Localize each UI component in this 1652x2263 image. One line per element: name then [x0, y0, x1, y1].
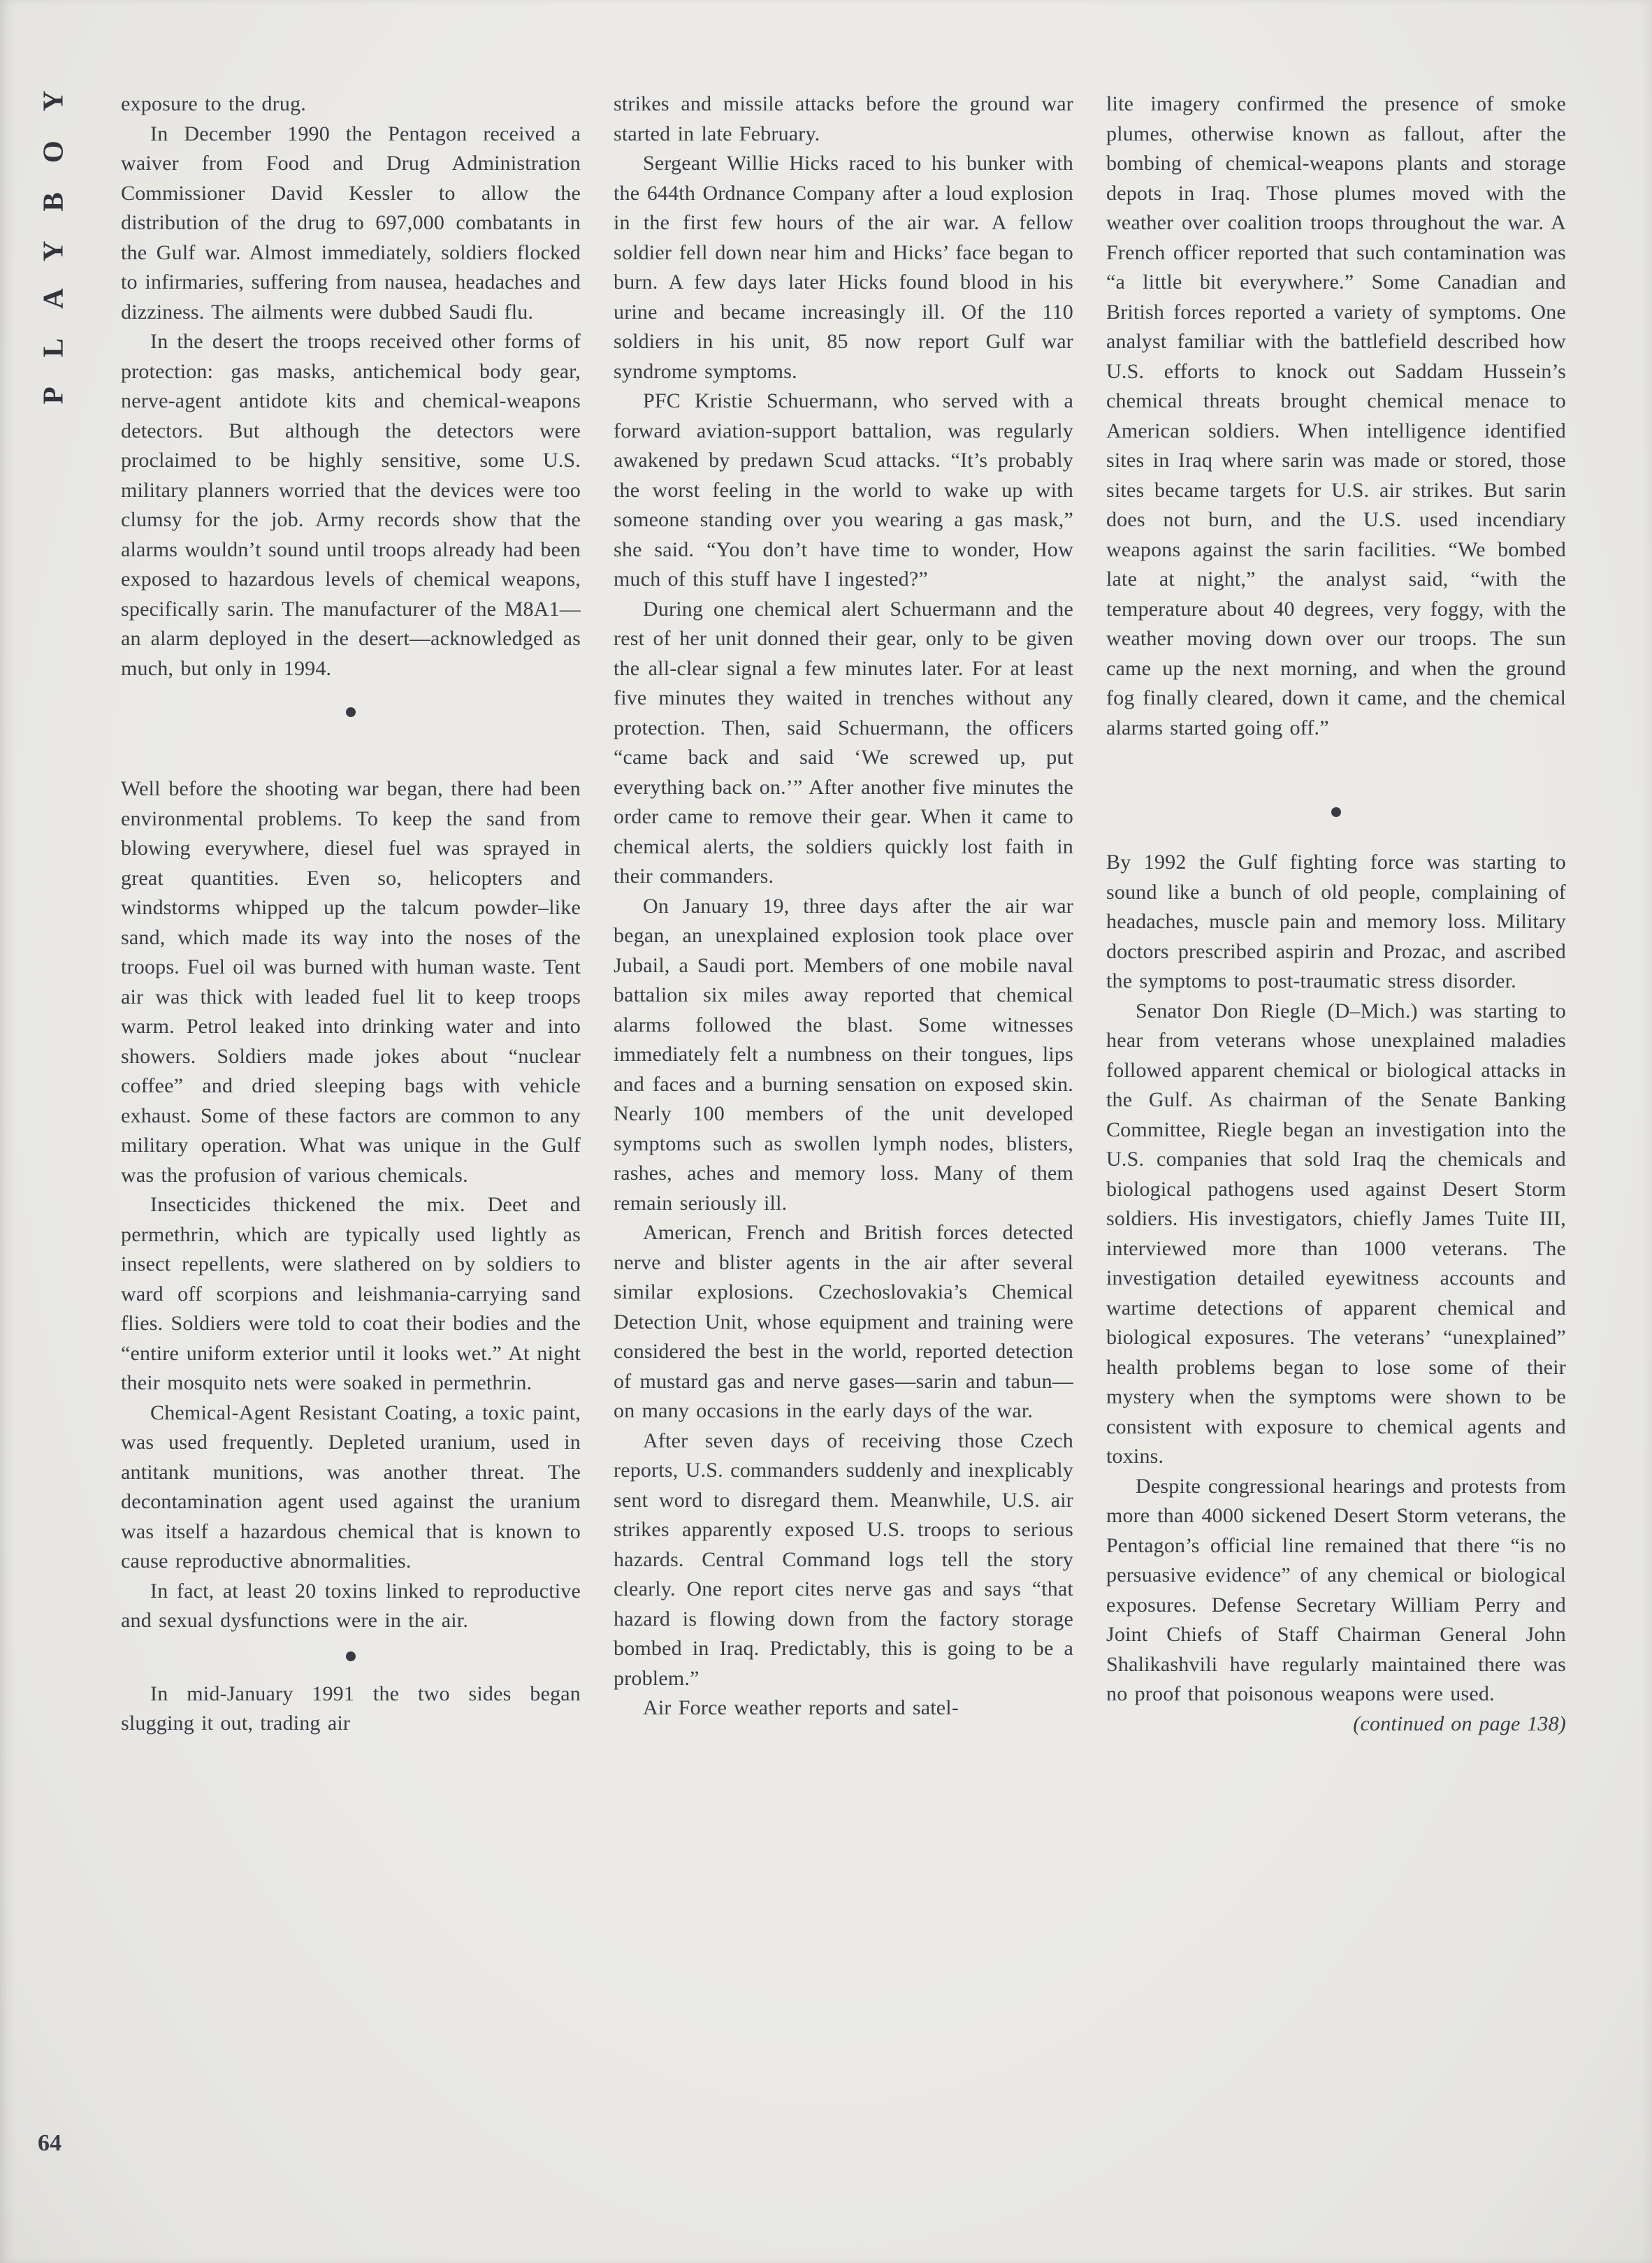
page-number: 64 — [38, 2130, 61, 2157]
body-paragraph: Chemical-Agent Resistant Coating, a toxi… — [121, 1398, 581, 1577]
body-paragraph: PFC Kristie Schuermann, who served with … — [614, 386, 1073, 595]
body-paragraph: lite imagery confirmed the presence of s… — [1106, 89, 1566, 743]
divider-dot-icon — [346, 707, 356, 717]
divider-dot-icon — [1331, 807, 1341, 817]
body-paragraph: exposure to the drug. — [121, 89, 581, 120]
text-column-1: exposure to the drug.In December 1990 th… — [121, 89, 581, 1739]
body-paragraph: On January 19, three days after the air … — [614, 892, 1073, 1219]
section-divider — [1106, 743, 1566, 848]
section-divider — [121, 684, 581, 774]
magazine-page: PLAYBOY exposure to the drug.In December… — [0, 0, 1652, 2263]
body-paragraph: Sergeant Willie Hicks raced to his bunke… — [614, 149, 1073, 386]
body-paragraph: After seven days of receiving those Czec… — [614, 1426, 1073, 1694]
body-paragraph: In fact, at least 20 toxins linked to re… — [121, 1577, 581, 1636]
text-column-3: lite imagery confirmed the presence of s… — [1106, 89, 1566, 1739]
body-paragraph: American, French and British forces dete… — [614, 1218, 1073, 1426]
body-paragraph: During one chemical alert Schuermann and… — [614, 595, 1073, 892]
body-paragraph: Despite congressional hearings and prote… — [1106, 1472, 1566, 1709]
section-divider — [121, 1636, 581, 1679]
body-paragraph: Senator Don Riegle (D–Mich.) was startin… — [1106, 997, 1566, 1472]
body-paragraph: Insecticides thickened the mix. Deet and… — [121, 1190, 581, 1398]
body-paragraph: In December 1990 the Pentagon received a… — [121, 120, 581, 328]
text-column-2: strikes and missile attacks before the g… — [614, 89, 1073, 1723]
body-paragraph: Well before the shooting war began, ther… — [121, 774, 581, 1190]
body-paragraph: In the desert the troops received other … — [121, 327, 581, 684]
body-paragraph: By 1992 the Gulf fighting force was star… — [1106, 848, 1566, 997]
magazine-name-label: PLAYBOY — [36, 62, 69, 405]
body-paragraph: strikes and missile attacks before the g… — [614, 89, 1073, 149]
body-paragraph: In mid-January 1991 the two sides began … — [121, 1679, 581, 1739]
magazine-masthead-vertical: PLAYBOY — [20, 75, 85, 390]
continued-on-page-note: (continued on page 138) — [1106, 1709, 1566, 1740]
divider-dot-icon — [346, 1651, 356, 1661]
body-paragraph: Air Force weather reports and satel- — [614, 1693, 1073, 1723]
